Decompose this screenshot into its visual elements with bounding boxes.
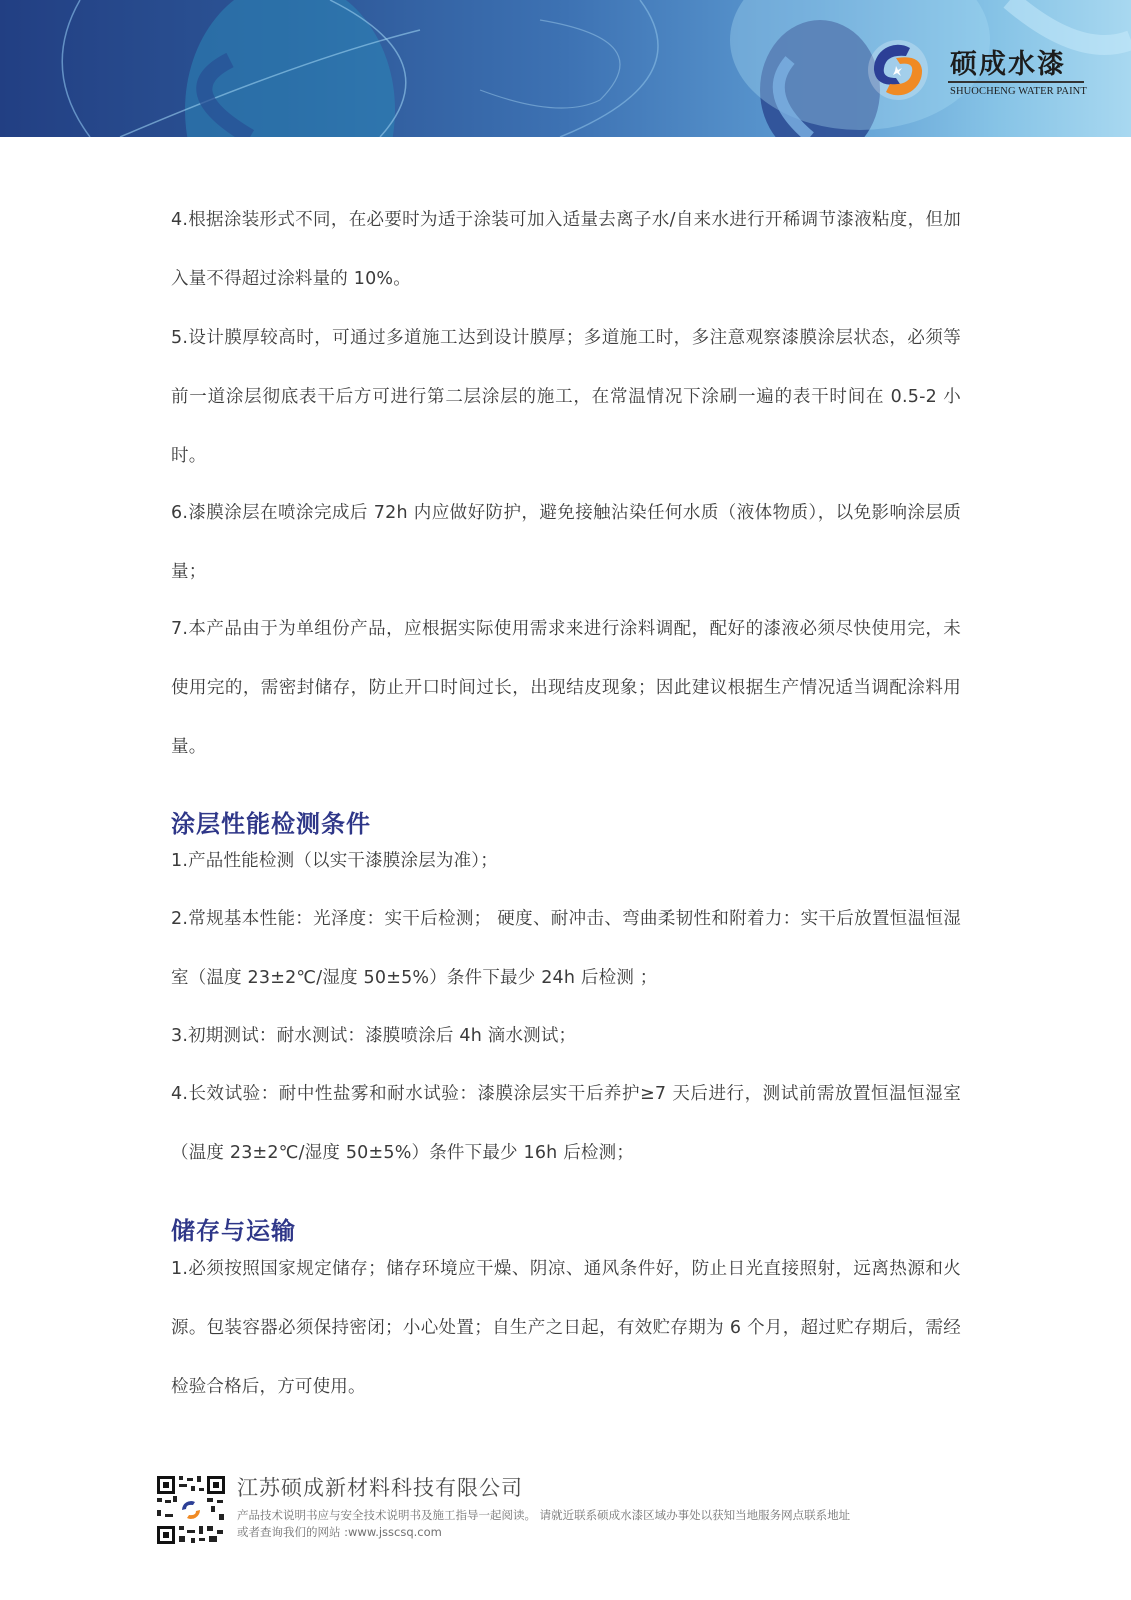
company-name: 江苏硕成新材料科技有限公司 — [237, 1472, 523, 1502]
qr-code-icon — [155, 1474, 227, 1546]
footer-website-line[interactable]: 或者查询我们的网站 :www.jsscsq.com — [237, 1524, 977, 1541]
logo-name-cn: 硕成水漆 — [950, 42, 1066, 81]
testing-condition-4: 4.长效试验：耐中性盐雾和耐水试验：漆膜涂层实干后养护≥7 天后进行，测试前需放… — [171, 1065, 961, 1183]
construction-note-7: 7.本产品由于为单组份产品，应根据实际使用需求来进行涂料调配，配好的漆液必须尽快… — [171, 600, 961, 777]
footer-note-line-1: 产品技术说明书应与安全技术说明书及施工指导一起阅读。 请就近联系硕成水漆区域办事… — [237, 1507, 977, 1524]
construction-note-6: 6.漆膜涂层在喷涂完成后 72h 内应做好防护，避免接触沾染任何水质（液体物质）… — [171, 484, 961, 602]
construction-note-4: 4.根据涂装形式不同，在必要时为适于涂装可加入适量去离子水/自来水进行开稀调节漆… — [171, 191, 961, 309]
footer-note: 产品技术说明书应与安全技术说明书及施工指导一起阅读。 请就近联系硕成水漆区域办事… — [237, 1507, 977, 1541]
company-logo: 硕成水漆 SHUOCHENG WATER PAINT — [866, 36, 1086, 112]
logo-divider — [948, 81, 1084, 83]
testing-condition-2: 2.常规基本性能：光泽度：实干后检测； 硬度、耐冲击、弯曲柔韧性和附着力：实干后… — [171, 890, 961, 1008]
header-banner: 硕成水漆 SHUOCHENG WATER PAINT — [0, 0, 1131, 137]
testing-condition-3: 3.初期测试：耐水测试：漆膜喷涂后 4h 滴水测试； — [171, 1007, 961, 1066]
testing-condition-1: 1.产品性能检测（以实干漆膜涂层为准）； — [171, 832, 961, 891]
page-footer: 江苏硕成新材料科技有限公司 产品技术说明书应与安全技术说明书及施工指导一起阅读。… — [155, 1474, 965, 1554]
construction-note-5: 5.设计膜厚较高时，可通过多道施工达到设计膜厚；多道施工时，多注意观察漆膜涂层状… — [171, 309, 961, 486]
logo-s-emblem-icon — [866, 38, 930, 102]
storage-item-1: 1.必须按照国家规定储存；储存环境应干燥、阴凉、通风条件好，防止日光直接照射，远… — [171, 1240, 961, 1417]
logo-name-en: SHUOCHENG WATER PAINT — [950, 86, 1087, 97]
